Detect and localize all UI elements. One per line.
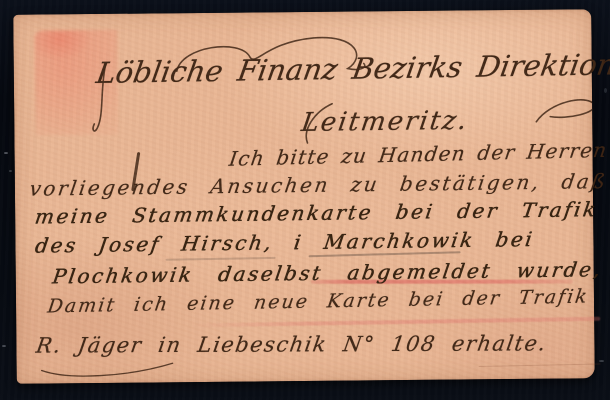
dust-speck <box>4 152 8 154</box>
handwritten-line-body: Ich bitte zu Handen der Herren <box>228 138 609 171</box>
paper-crease <box>479 364 601 367</box>
handwritten-line-body: vorliegendes Ansuchen zu bestätigen, daß <box>28 169 609 201</box>
handwritten-line-body: des Josef Hirsch, i Marchkowik bei <box>34 227 536 258</box>
dust-speck <box>604 88 607 93</box>
handwritten-line-body: Plochkowik daselbst abgemeldet wurde, <box>51 257 604 288</box>
red-crayon-underline <box>311 280 573 284</box>
stamp-ghost-mark <box>34 30 118 136</box>
pen-flourish-strokes <box>13 9 595 384</box>
dust-speck <box>2 345 6 347</box>
handwritten-line-body: Damit ich eine neue Karte bei der Trafik <box>46 286 590 318</box>
handwritten-line-addressee: Löbliche Finanz Bezirks Direktion <box>94 47 610 90</box>
pencil-underline <box>166 257 276 260</box>
photo-background: Löbliche Finanz Bezirks Direktion Leitme… <box>0 0 610 400</box>
dust-speck <box>9 170 12 172</box>
postcard: Löbliche Finanz Bezirks Direktion Leitme… <box>13 9 595 384</box>
pencil-underline <box>309 251 461 257</box>
red-crayon-underline <box>188 317 600 327</box>
handwritten-line-body: meine Stammkundenkarte bei der Trafik <box>33 197 599 228</box>
dust-speck <box>599 360 604 362</box>
handwritten-line-signature: R. Jäger in Liebeschik N° 108 erhalte. <box>35 331 549 357</box>
handwritten-line-place: Leitmeritz. <box>299 106 470 138</box>
